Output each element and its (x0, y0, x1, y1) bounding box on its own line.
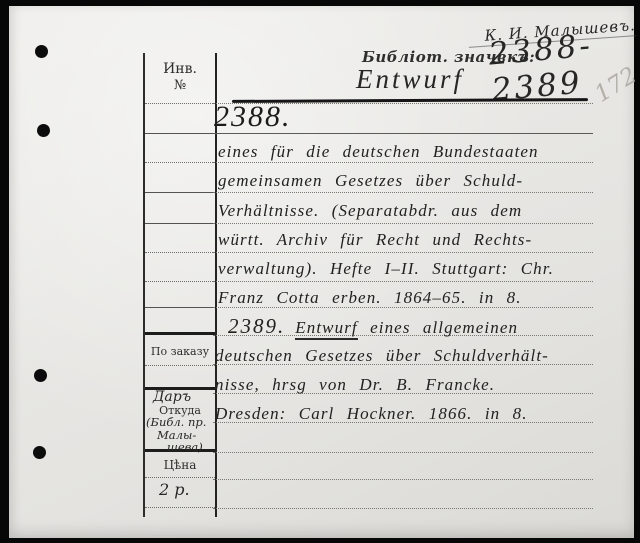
ruled-line (213, 192, 593, 193)
column-rule (145, 365, 215, 366)
ruled-line (213, 508, 593, 509)
ruled-line (213, 452, 593, 453)
entry-2389-first-line-rest: eines allgemeinen (370, 318, 518, 337)
column-rule (145, 477, 215, 478)
entry-2389-line: deutschen Gesetzes über Schuldverhält- (215, 346, 605, 366)
punch-hole (33, 446, 46, 459)
column-rule (145, 133, 215, 134)
column-rule (145, 307, 215, 308)
column-rule (145, 192, 215, 193)
column-rule (145, 252, 215, 253)
origin-note-line: (Библ. пр. (146, 415, 214, 429)
inventory-number-sign: № (145, 78, 215, 93)
column-rule (145, 223, 215, 224)
ruled-line (213, 281, 593, 282)
entry-2389-title-word: Entwurf (295, 318, 358, 340)
catalog-card-scan: К. И. Малышевъ. Библіот. значекъ: 2388-2… (0, 0, 640, 543)
ruled-line (213, 479, 593, 480)
ruled-line (213, 223, 593, 224)
entry-2388-line: Verhältnisse. (Separatabdr. aus dem (218, 201, 608, 221)
punch-hole (34, 369, 47, 382)
column-rule (145, 103, 215, 104)
by-order-label: По заказу (145, 345, 215, 358)
entry-2389-number: 2389. (228, 314, 285, 338)
entry-2388-number: 2388. (214, 100, 292, 134)
card-title: Entwurf (300, 64, 520, 95)
inventory-number-label: Инв. (145, 61, 215, 77)
ledger-column: Инв. № По заказу Даръ Откуда (Библ. пр. … (143, 53, 217, 517)
origin-value-handwritten: Даръ (153, 389, 213, 405)
entry-2388-line: gemeinsamen Gesetzes über Schuld- (218, 171, 608, 191)
punch-hole (37, 124, 50, 137)
entry-2388-line: verwaltung). Hefte I–II. Stuttgart: Chr. (218, 259, 608, 279)
price-label: Цѣна (145, 458, 215, 472)
entry-2389-line: Dresden: Carl Hockner. 1866. in 8. (215, 404, 605, 424)
entry-2389-line: nisse, hrsg von Dr. B. Francke. (215, 375, 605, 395)
price-value-handwritten: 2 р. (159, 480, 229, 499)
ruled-line (213, 252, 593, 253)
origin-note-line: шева) (167, 440, 213, 454)
column-section-divider (145, 332, 215, 335)
entry-2388-line: Franz Cotta erben. 1864–65. in 8. (218, 288, 608, 308)
punch-hole (35, 45, 48, 58)
entry-2389-first-line: 2389.Entwurf eines allgemeinen (228, 314, 618, 339)
ruled-line (213, 162, 593, 163)
column-rule (145, 281, 215, 282)
column-rule (145, 507, 215, 508)
entry-2388-line: württ. Archiv für Recht und Rechts- (218, 230, 608, 250)
column-rule (145, 162, 215, 163)
entry-2388-line: eines für die deutschen Bundestaaten (218, 142, 608, 162)
